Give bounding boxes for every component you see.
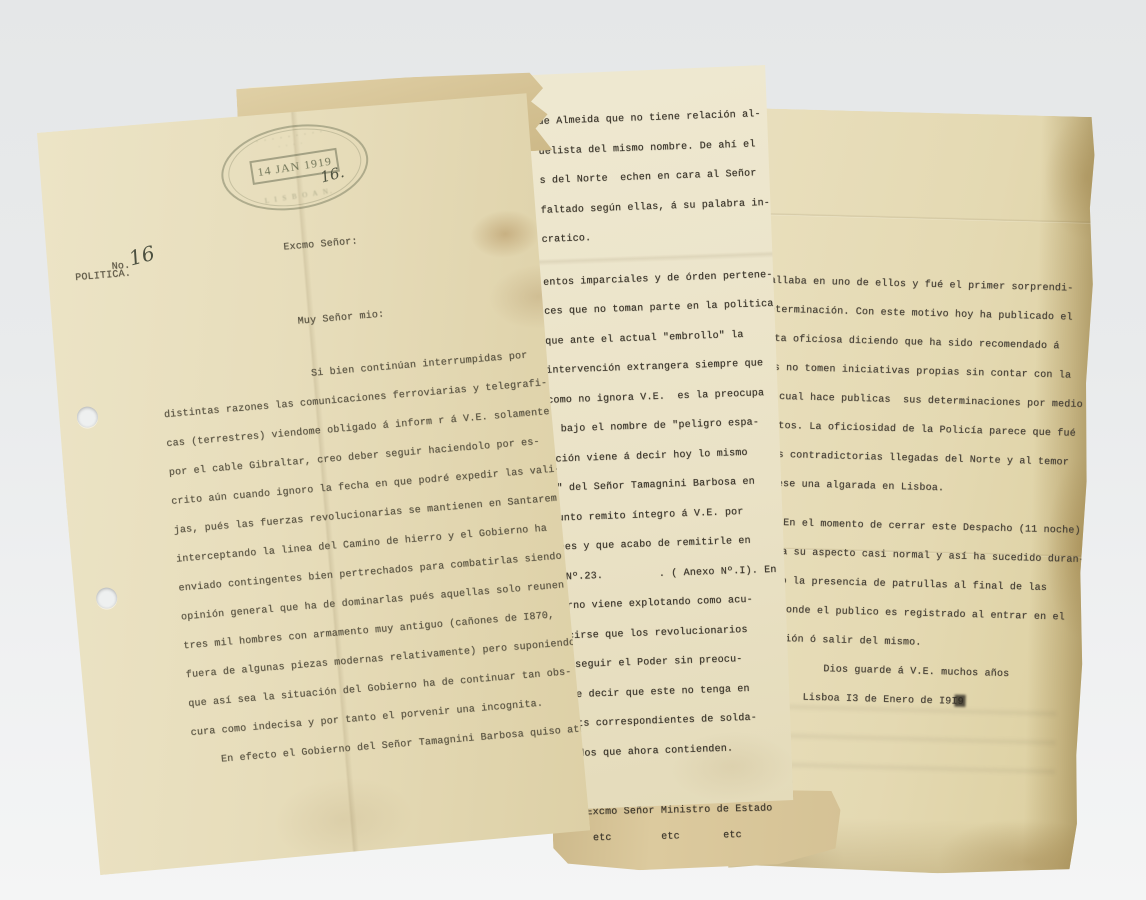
salutation: Excmo Señor: <box>283 236 358 253</box>
ink-smudge <box>955 695 966 707</box>
typed-paragraphs: Si bien continúan interrumpidas pordisti… <box>160 338 590 777</box>
punch-hole <box>76 406 99 429</box>
etc-line: etc etc etc <box>593 830 742 844</box>
right-document-text: hallaba en uno de ellos y fué el primer … <box>752 266 1092 719</box>
punch-hole <box>95 587 118 610</box>
paper-crease <box>745 212 1095 224</box>
document-photo: hallaba en uno de ellos y fué el primer … <box>0 0 1146 900</box>
greeting: Muy Señor mio: <box>297 309 384 327</box>
typed-paragraphs: hallaba en uno de ellos y fué el primer … <box>754 266 1093 661</box>
left-document: · · · · · · · · · · · · · 14 JAN 1919 L … <box>35 92 591 876</box>
dateline-text: Lisboa I3 de Enero de I9I9 <box>802 693 963 708</box>
handwritten-ref-number: 16 <box>126 241 157 271</box>
date-stamp: · · · · · · · · · · · · · 14 JAN 1919 L … <box>215 115 374 221</box>
